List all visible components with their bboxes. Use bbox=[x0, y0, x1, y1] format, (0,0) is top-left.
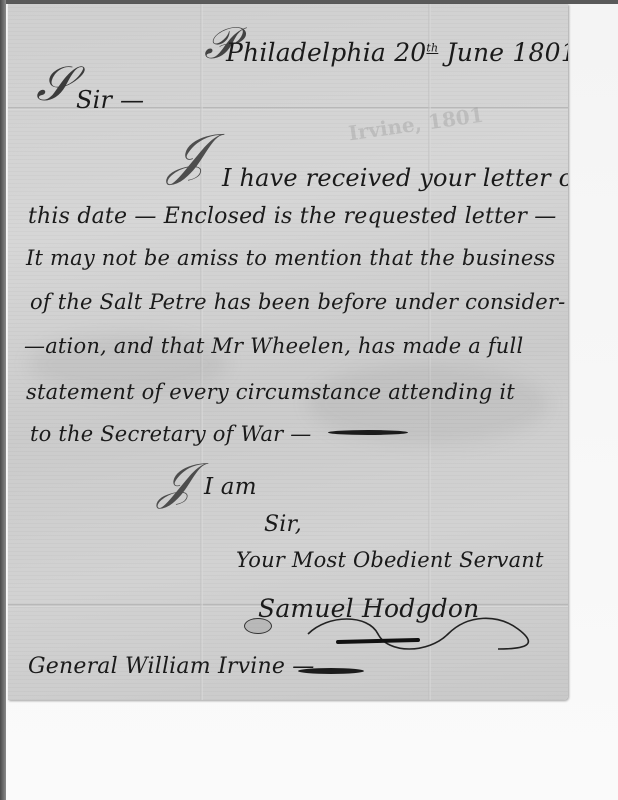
body-initial-flourish: 𝒥 bbox=[168, 122, 207, 188]
line-end-dash bbox=[328, 430, 408, 435]
salutation-flourish: 𝒮 bbox=[36, 56, 73, 113]
closing-line-3: Your Most Obedient Servant bbox=[236, 548, 544, 572]
body-line-3: It may not be amiss to mention that the … bbox=[26, 246, 555, 270]
body-line-2: this date — Enclosed is the requested le… bbox=[28, 204, 556, 229]
letter-paper: Irvine, 1801 𝒫 Philadelphia 20th June 18… bbox=[8, 4, 568, 700]
ink-blot bbox=[244, 618, 272, 634]
addressee-dash bbox=[298, 668, 364, 674]
scan-background: Irvine, 1801 𝒫 Philadelphia 20th June 18… bbox=[0, 0, 618, 800]
body-line-1: I have received your letter of bbox=[222, 164, 568, 192]
body-line-4: of the Salt Petre has been before under … bbox=[30, 290, 565, 314]
body-line-6: statement of every circumstance attendin… bbox=[26, 380, 515, 404]
dateline: Philadelphia 20th June 1801 bbox=[226, 38, 568, 67]
salutation: Sir — bbox=[76, 86, 144, 114]
body-line-5: —ation, and that Mr Wheelen, has made a … bbox=[24, 334, 523, 358]
body-line-7: to the Secretary of War — bbox=[30, 422, 312, 446]
dateline-month-year: June 1801 bbox=[446, 38, 568, 67]
dateline-day: 20 bbox=[394, 38, 426, 67]
dateline-place: Philadelphia bbox=[226, 38, 386, 67]
closing-line-1: I am bbox=[204, 474, 257, 500]
scanner-left-edge bbox=[0, 0, 6, 800]
addressee: General William Irvine — bbox=[28, 654, 314, 679]
closing-line-2: Sir, bbox=[264, 512, 302, 537]
closing-flourish: 𝒥 bbox=[158, 452, 193, 511]
signature-flourish-icon bbox=[298, 604, 538, 664]
dateline-ordinal: th bbox=[426, 42, 438, 55]
